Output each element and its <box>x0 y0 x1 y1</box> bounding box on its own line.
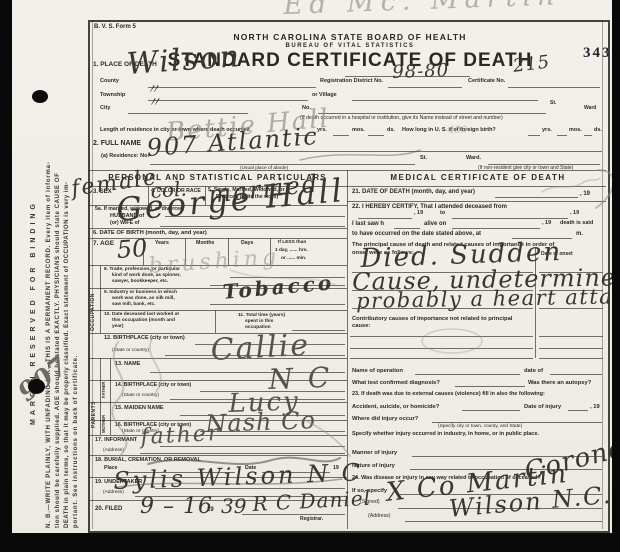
registrar-signature: R C Daniel <box>252 488 371 514</box>
township-label: Township <box>100 93 125 99</box>
certificate-no-label: Certificate No. <box>468 79 505 85</box>
months-header: Months <box>196 241 214 246</box>
specify-city-note: (Specify city or town, county, and State… <box>438 424 522 429</box>
less-than-3: or ...... min. <box>281 256 306 261</box>
punch-hole-top <box>32 90 48 103</box>
scan-edge-bottom <box>0 533 620 552</box>
margin-nb-line-1: N. B.—WRITE PLAINLY, WITH UNFADING INK—T… <box>46 58 52 528</box>
nonresident-note: (If non-resident give city or town and S… <box>478 166 573 171</box>
mos-label-2: mos. <box>569 128 582 134</box>
abode-note: (Usual place of abode) <box>240 166 288 171</box>
father-name-label: 13. NAME <box>115 362 140 368</box>
lastwork-label-1: 10. Date deceased last worked at <box>104 312 179 317</box>
lastsaw-19: , 19 <box>542 221 551 227</box>
manner-label: Manner of injury <box>352 450 397 456</box>
specify-industry-label: Specify whether injury occurred in indus… <box>352 432 539 438</box>
birthplace16-value: Nash Co <box>205 408 316 436</box>
state-country-note-12: (State or country) <box>112 348 149 353</box>
ward-label-2: Ward. <box>466 156 481 162</box>
filed-date-value: 9 – 16 <box>140 496 213 518</box>
operation-label: Name of operation <box>352 368 403 374</box>
last-saw-label: I last saw h <box>352 221 384 227</box>
less-than-2: 1 day, ...... hrs. <box>275 248 308 253</box>
ward-label: Ward <box>584 106 596 111</box>
pencil-400: 400 <box>448 126 467 136</box>
informant-label: 17. INFORMANT <box>95 438 137 444</box>
trade-label-3: sawyer, bookkeeper, etc. <box>112 279 168 284</box>
county-label: County <box>100 79 119 85</box>
death-said-label: death is said <box>560 221 593 227</box>
margin-nb-line-2: tion should be carefully supplied. AGE s… <box>55 58 61 528</box>
maiden-name-label: 15. MAIDEN NAME <box>115 406 164 412</box>
form-number: B. V. S. Form 5 <box>94 24 136 30</box>
punch-hole-bottom <box>28 379 45 394</box>
state-country-note-14: (State or country) <box>122 393 159 398</box>
certify-19b: , 19 <box>570 211 579 217</box>
alive-on-label: alive on <box>424 221 446 227</box>
industry-label-1: 9. Industry or business in which <box>104 290 177 295</box>
dod-19: , 19 <box>580 191 590 197</box>
date-of-death-label: 21. DATE OF DEATH (month, day, and year) <box>352 189 475 195</box>
parents-rotated-label: PARENTS <box>92 358 97 428</box>
mos-label: mos. <box>352 128 365 134</box>
father-rotated-label: FATHER <box>102 360 106 398</box>
city-label: City <box>100 106 110 112</box>
burial-label: 18. BURIAL, CREMATION, OR REMOVAL <box>95 458 201 464</box>
lastwork-label-2: this occupation (month and <box>112 318 175 323</box>
margin-nb-line-3: DEATH in plain terms, so that it may be … <box>64 58 70 528</box>
m-label: m. <box>576 231 583 237</box>
birthplace12-label: 12. BIRTHPLACE (city or town) <box>104 336 185 342</box>
scan-edge-right <box>612 0 620 552</box>
village-label: or Village <box>312 93 337 99</box>
test-label: What test confirmed diagnosis? <box>352 380 440 386</box>
occupation-rotated-label: OCCUPATION <box>91 265 96 331</box>
accident-label: Accident, suicide, or homicide? <box>352 404 439 410</box>
ds-label: ds. <box>387 128 395 134</box>
reg-district-label: Registration District No. <box>320 79 383 85</box>
industry-label-3: saw mill, bank, etc. <box>112 302 155 307</box>
birthplace14-label: 14. BIRTHPLACE (city or town) <box>115 383 191 388</box>
hospital-note: (If death occurred in a hospital or inst… <box>300 116 503 121</box>
age-value: 50 <box>116 236 148 262</box>
residence-label: (a) Residence: No. <box>101 154 149 160</box>
certify-19a: , 19 <box>414 211 423 217</box>
mother-rotated-label: MOTHER <box>102 395 106 433</box>
ds-label-2: ds. <box>594 128 602 134</box>
certify-label: 22. I HEREBY CERTIFY, That I attended de… <box>352 204 507 210</box>
certificate-no-value: 215 <box>512 53 551 75</box>
date-of-label: date of <box>524 368 543 374</box>
industry-label-2: work was done, as silk mill, <box>112 296 175 301</box>
registrar-label: Registrar. <box>300 517 323 522</box>
where-injury-label: Where did injury occur? <box>352 416 418 422</box>
yrs-label-2: yrs. <box>542 128 552 134</box>
totaltime-label-1: 11. Total time (years) <box>238 313 285 318</box>
totaltime-label-2: spent in this <box>245 319 273 324</box>
scan-edge-left <box>0 0 12 552</box>
less-than-1: If LESS than <box>278 240 306 245</box>
dob-label: 6. DATE OF BIRTH (month, day, and year) <box>93 230 207 236</box>
years-header: Years <box>155 241 169 246</box>
informant-value: father <box>140 423 221 449</box>
reg-district-value: 98-80 <box>392 62 449 82</box>
death-certificate-scan: B. V. S. Form 5 NORTH CAROLINA STATE BOA… <box>0 0 620 552</box>
county-value: Wilson <box>126 42 242 80</box>
age-label: 7. AGE <box>93 241 114 248</box>
stamp-number: 343 <box>583 46 612 62</box>
filed-label: 20. FILED <box>95 506 122 512</box>
to-label: to <box>440 211 445 217</box>
filed-year-value: 39 <box>221 496 246 516</box>
father-name-value: Callie <box>210 331 311 366</box>
contributory-label-2: cause: <box>352 323 370 329</box>
full-name-label: 2. FULL NAME <box>93 140 141 147</box>
autopsy-label: Was there an autopsy? <box>528 380 591 386</box>
st-label: St. <box>550 101 556 106</box>
medical-section-title: MEDICAL CERTIFICATE OF DEATH <box>350 174 606 182</box>
cause-line-3: probably a heart attack <box>356 286 620 312</box>
city-ditto: 〃 <box>147 96 161 110</box>
injury-date-label: Date of injury <box>524 404 561 410</box>
informant-address-note: (Address) <box>103 448 124 453</box>
lastwork-label-3: year) <box>112 324 123 329</box>
margin-nb-line-4: portant. See instructions on back of cer… <box>73 58 79 528</box>
external-causes-label: 23. If death was due to external causes … <box>352 392 545 398</box>
contributory-label-1: Contributory causes of importance not re… <box>352 316 512 322</box>
occurred-label: to have occurred on the date stated abov… <box>352 231 481 237</box>
injury-19: , 19 <box>590 404 600 410</box>
days-header: Days <box>241 241 253 246</box>
address-label: (Address) <box>368 514 391 519</box>
st-label-2: St. <box>420 156 427 162</box>
